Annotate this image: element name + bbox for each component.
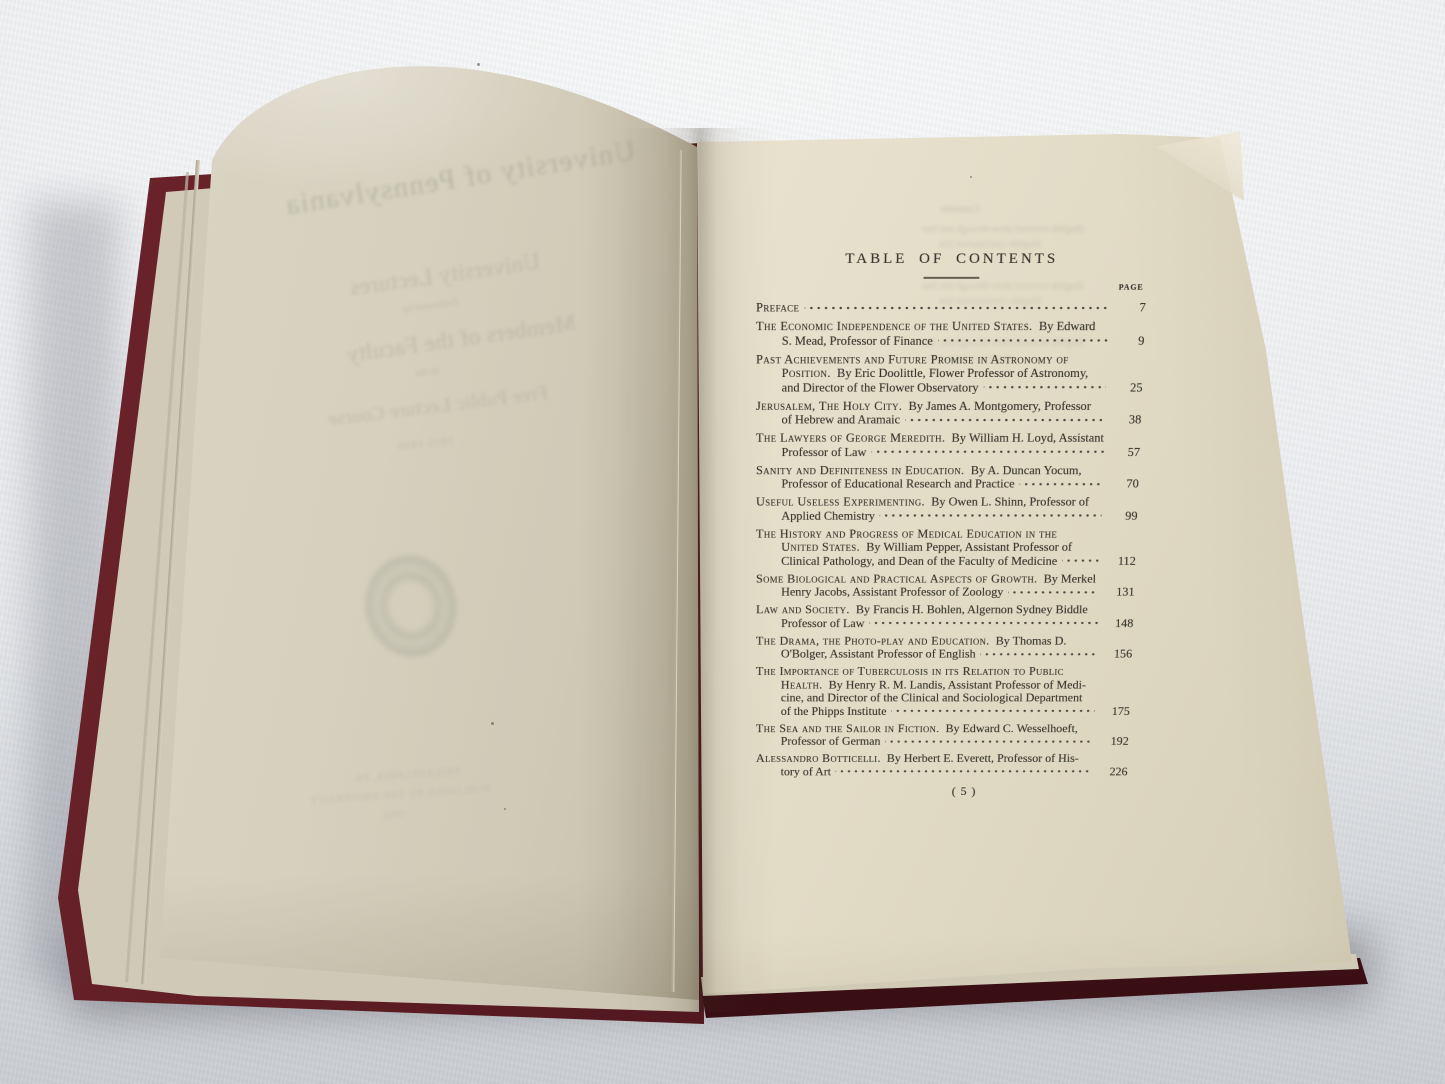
dot-leader [905, 413, 1105, 427]
toc-entry-text: Law and Society. [756, 603, 850, 616]
toc-entry-text: By James A. Montgomery, Professor [902, 399, 1091, 413]
toc-entry-list: Preface7The Economic Independence of the… [756, 301, 1146, 778]
toc-entry-text: and Director of the Flower Observatory [782, 380, 979, 394]
toc-entry-line: The Lawyers of George Meredith. By Willi… [756, 431, 1141, 445]
toc-entry: The Drama, the Photo-play and Education.… [756, 634, 1133, 661]
toc-entry-text: Professor of Educational Research and Pr… [781, 477, 1014, 491]
toc-entry: Sanity and Definiteness in Education. By… [756, 463, 1140, 491]
toc-entry-text: of Hebrew and Aramaic [782, 413, 901, 427]
dot-leader [871, 445, 1104, 459]
toc-entry-text: S. Mead, Professor of Finance [782, 334, 933, 348]
toc-page-number: 192 [1096, 735, 1129, 748]
toc-entry-line: Applied Chemistry99 [756, 509, 1138, 523]
toc-entry-text: Professor of Law [781, 616, 865, 629]
toc-entry-line: Alessandro Botticelli. By Herbert E. Eve… [756, 752, 1128, 765]
toc-entry-line: Useful Useless Experimenting. By Owen L.… [756, 495, 1138, 509]
dust-speck [491, 722, 494, 725]
toc-entry-line: Clinical Pathology, and Dean of the Facu… [756, 554, 1136, 568]
toc-entry-text: Jerusalem, The Holy City. [756, 399, 902, 413]
toc-entry-line: Law and Society. By Francis H. Bohlen, A… [756, 603, 1134, 616]
toc-entry-text: By Edward C. Wesselhoeft, [939, 722, 1078, 735]
page-title: TABLE OF CONTENTS [756, 248, 1148, 266]
dot-leader [885, 735, 1094, 748]
toc-entry-text: The Drama, the Photo-play and Education. [756, 634, 990, 647]
dust-speck [970, 176, 972, 178]
toc-entry-text: By A. Duncan Yocum, [964, 463, 1081, 477]
toc-entry-text: Applied Chemistry [781, 509, 875, 523]
toc-page-number: 175 [1097, 705, 1130, 718]
toc-entry: Some Biological and Practical Aspects of… [756, 572, 1135, 599]
toc-page-number: 57 [1106, 445, 1140, 459]
toc-entry-text: Henry Jacobs, Assistant Professor of Zoo… [781, 585, 1003, 598]
toc-page-number: 148 [1100, 616, 1133, 629]
toc-entry-text: By Thomas D. [990, 634, 1067, 647]
toc-entry-line: Professor of Law148 [756, 616, 1134, 629]
toc-entry-text: Professor of German [781, 735, 881, 748]
toc-entry-text: The History and Progress of Medical Educ… [756, 527, 1057, 541]
dot-leader [983, 380, 1106, 394]
dot-leader [1008, 585, 1099, 598]
dust-speck [504, 808, 506, 810]
dot-leader [1019, 477, 1103, 491]
toc-entry-text: Health. [781, 678, 823, 691]
toc-entry-line: Professor of German192 [756, 735, 1129, 748]
toc-entry-line: O'Bolger, Assistant Professor of English… [756, 647, 1132, 660]
toc-page-number: 99 [1104, 509, 1138, 523]
toc-entry-text: Alessandro Botticelli. [756, 752, 881, 765]
toc-page-number: 38 [1108, 413, 1142, 427]
toc-entry-text: By Herbert E. Everett, Professor of His- [881, 752, 1079, 765]
toc-page-number: 131 [1101, 585, 1134, 598]
toc-entry: Preface7 [756, 301, 1146, 315]
toc-entry-text: The Economic Independence of the United … [756, 319, 1033, 333]
toc-entry-text: By Merkel [1037, 572, 1096, 586]
toc-entry-line: Past Achievements and Future Promise in … [756, 352, 1144, 366]
toc-entry-text: The Lawyers of George Meredith. [756, 431, 946, 445]
toc-entry: Useful Useless Experimenting. By Owen L.… [756, 495, 1138, 522]
toc-page-number: 226 [1095, 765, 1128, 778]
toc-entry-text: Some Biological and Practical Aspects of… [756, 572, 1038, 586]
toc-entry-text: By Owen L. Shinn, Professor of [925, 495, 1089, 509]
toc-entry-line: Health. By Henry R. M. Landis, Assistant… [756, 678, 1131, 691]
toc-entry-text: cine, and Director of the Clinical and S… [781, 691, 1083, 704]
toc-entry-text: The Sea and the Sailor in Fiction. [756, 722, 940, 735]
toc-entry: The History and Progress of Medical Educ… [756, 527, 1137, 568]
dot-leader [1062, 554, 1100, 568]
toc-entry: Alessandro Botticelli. By Herbert E. Eve… [756, 752, 1128, 778]
toc-entry: Past Achievements and Future Promise in … [756, 352, 1144, 394]
toc-entry-line: Professor of Educational Research and Pr… [756, 477, 1139, 491]
toc-entry-text: Position. [782, 366, 831, 380]
toc-entry-text: Professor of Law [781, 445, 866, 459]
toc-entry-line: S. Mead, Professor of Finance9 [756, 334, 1145, 348]
toc-entry-text: tory of Art [781, 765, 831, 778]
toc-entry-text: United States. [781, 540, 860, 554]
show-through-line: illegible reversed show-through text lin… [848, 224, 1158, 235]
toc-entry-line: Some Biological and Practical Aspects of… [756, 572, 1135, 586]
toc-entry-line: of Hebrew and Aramaic38 [756, 413, 1142, 427]
dot-leader [836, 765, 1093, 778]
toc-entry-line: The Importance of Tuberculosis in its Re… [756, 665, 1132, 678]
toc-entry-text: By William Pepper, Assistant Professor o… [860, 540, 1072, 554]
toc-entry: The Economic Independence of the United … [756, 319, 1145, 347]
toc-entry-line: Professor of Law57 [756, 445, 1140, 459]
dot-leader [891, 705, 1095, 718]
toc-entry-text: Clinical Pathology, and Dean of the Facu… [781, 554, 1057, 568]
toc-entry-line: United States. By William Pepper, Assist… [756, 540, 1137, 554]
toc-entry-line: of the Phipps Institute175 [756, 705, 1130, 718]
folio-page-number: ( 5 ) [756, 785, 1127, 798]
toc-entry-text: By Henry R. M. Landis, Assistant Profess… [823, 678, 1087, 691]
toc-entry: Jerusalem, The Holy City. By James A. Mo… [756, 399, 1142, 427]
toc-entry-line: tory of Art226 [756, 765, 1128, 778]
toc-entry-line: cine, and Director of the Clinical and S… [756, 691, 1131, 704]
toc-page-number: 156 [1099, 647, 1132, 660]
toc-entry: The Lawyers of George Meredith. By Willi… [756, 431, 1141, 459]
toc-entry-line: Position. By Eric Doolittle, Flower Prof… [756, 366, 1143, 380]
toc-entry-line: Henry Jacobs, Assistant Professor of Zoo… [756, 585, 1135, 598]
toc-entry-text: By Eric Doolittle, Flower Professor of A… [831, 366, 1089, 380]
toc-entry-line: The Sea and the Sailor in Fiction. By Ed… [756, 722, 1129, 735]
toc-entry-line: Sanity and Definiteness in Education. By… [756, 463, 1140, 477]
toc-entry: Law and Society. By Francis H. Bohlen, A… [756, 603, 1134, 630]
toc-entry-text: By William H. Loyd, Assistant [945, 431, 1104, 445]
dot-leader [880, 509, 1102, 523]
toc-entry-line: The History and Progress of Medical Educ… [756, 527, 1137, 541]
toc-entry-text: Sanity and Definiteness in Education. [756, 463, 965, 477]
dot-leader [869, 616, 1098, 629]
title-rule [923, 276, 979, 278]
toc-page-number: 7 [1112, 301, 1146, 315]
page-column-label: PAGE [756, 280, 1144, 294]
toc-page-number: 70 [1105, 477, 1139, 491]
toc-entry-line: The Economic Independence of the United … [756, 319, 1145, 333]
photo-open-book: University of PennsylvaniaUniversity Lec… [0, 0, 1445, 1084]
toc-entry-text: By Edward [1032, 319, 1095, 333]
toc-entry-line: The Drama, the Photo-play and Education.… [756, 634, 1133, 647]
toc-entry-text: Past Achievements and Future Promise in … [756, 352, 1069, 366]
toc-entry-text: Useful Useless Experimenting. [756, 495, 925, 509]
toc-page-number: 9 [1110, 334, 1144, 348]
dot-leader [938, 334, 1108, 348]
toc-entry: The Sea and the Sailor in Fiction. By Ed… [756, 722, 1129, 748]
dot-leader [980, 647, 1097, 660]
toc-entry-text: of the Phipps Institute [781, 705, 887, 718]
toc-page-number: 112 [1103, 554, 1136, 568]
toc-page-number: 25 [1109, 380, 1143, 394]
toc-entry-text: O'Bolger, Assistant Professor of English [781, 647, 976, 660]
toc-entry: The Importance of Tuberculosis in its Re… [756, 665, 1132, 718]
toc-entry-text: The Importance of Tuberculosis in its Re… [756, 665, 1064, 678]
dust-speck [477, 63, 480, 66]
toc-entry-line: and Director of the Flower Observatory25 [756, 380, 1143, 394]
table-of-contents: TABLE OF CONTENTS PAGE Preface7The Econo… [756, 248, 1148, 798]
show-through-line: Contents [880, 203, 1040, 215]
toc-entry-text: Preface [756, 301, 799, 315]
toc-entry-line: Preface7 [756, 301, 1146, 315]
dot-leader [804, 301, 1109, 315]
toc-entry-text: By Francis H. Bohlen, Algernon Sydney Bi… [850, 603, 1088, 616]
toc-entry-line: Jerusalem, The Holy City. By James A. Mo… [756, 399, 1142, 413]
